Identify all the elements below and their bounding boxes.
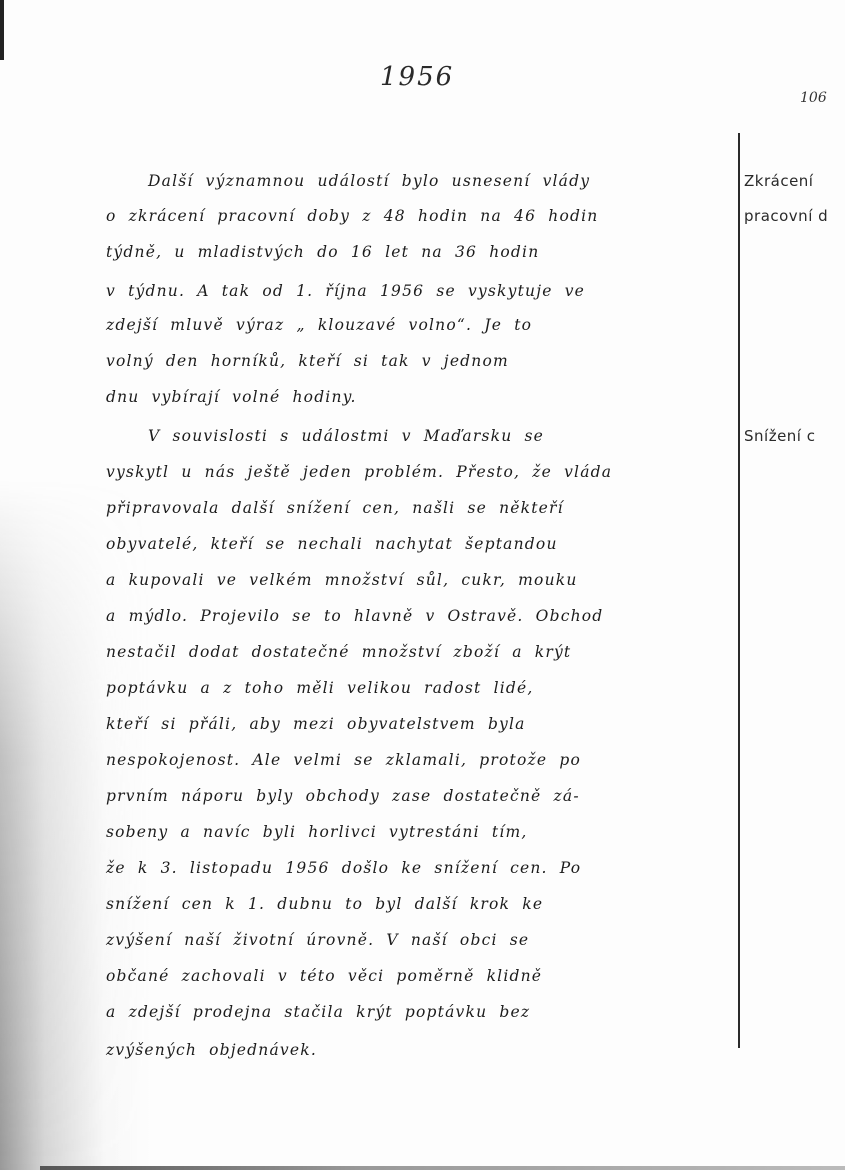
text-line: nestačil dodat dostatečné množství zboží…: [106, 643, 736, 661]
text-line: že k 3. listopadu 1956 došlo ke snížení …: [106, 859, 736, 877]
text-line: kteří si přáli, aby mezi obyvatelstvem b…: [106, 715, 736, 733]
text-line: a zdejší prodejna stačila krýt poptávku …: [106, 1003, 736, 1021]
text-line: V souvislosti s událostmi v Maďarsku se: [148, 427, 778, 445]
text-line: a kupovali ve velkém množství sůl, cukr,…: [106, 571, 736, 589]
page-number: 106: [800, 90, 827, 106]
text-line: poptávku a z toho měli velikou radost li…: [106, 679, 736, 697]
year-heading: 1956: [380, 62, 454, 92]
scan-edge-top: [0, 0, 4, 60]
text-line: volný den horníků, kteří si tak v jednom: [106, 352, 736, 370]
text-line: sobeny a navíc byli horlivci vytrestáni …: [106, 823, 736, 841]
text-line: o zkrácení pracovní doby z 48 hodin na 4…: [106, 207, 736, 225]
scan-edge-bottom: [40, 1166, 845, 1170]
text-line: nespokojenost. Ale velmi se zklamali, pr…: [106, 751, 736, 769]
text-line: v týdnu. A tak od 1. října 1956 se vysky…: [106, 282, 736, 300]
text-line: Další významnou událostí bylo usnesení v…: [148, 172, 778, 190]
text-line: dnu vybírají volné hodiny.: [106, 388, 736, 406]
text-line: a mýdlo. Projevilo se to hlavně v Ostrav…: [106, 607, 736, 625]
text-line: zvýšených objednávek.: [106, 1041, 736, 1059]
text-line: obyvatelé, kteří se nechali nachytat šep…: [106, 535, 736, 553]
text-line: zdejší mluvě výraz „ klouzavé volno“. Je…: [106, 316, 736, 334]
text-line: prvním náporu byly obchody zase dostateč…: [106, 787, 736, 805]
scanned-chronicle-page: 1956 106 Zkrácení pracovní d Snížení c D…: [0, 0, 845, 1170]
text-line: zvýšení naší životní úrovně. V naší obci…: [106, 931, 736, 949]
text-line: snížení cen k 1. dubnu to byl další krok…: [106, 895, 736, 913]
text-line: občané zachovali v této věci poměrně kli…: [106, 967, 736, 985]
text-line: vyskytl u nás ještě jeden problém. Přest…: [106, 463, 736, 481]
text-line: připravovala další snížení cen, našli se…: [106, 499, 736, 517]
text-line: týdně, u mladistvých do 16 let na 36 hod…: [106, 243, 736, 261]
margin-note-working: pracovní d: [744, 207, 828, 225]
margin-rule: [738, 133, 740, 1048]
